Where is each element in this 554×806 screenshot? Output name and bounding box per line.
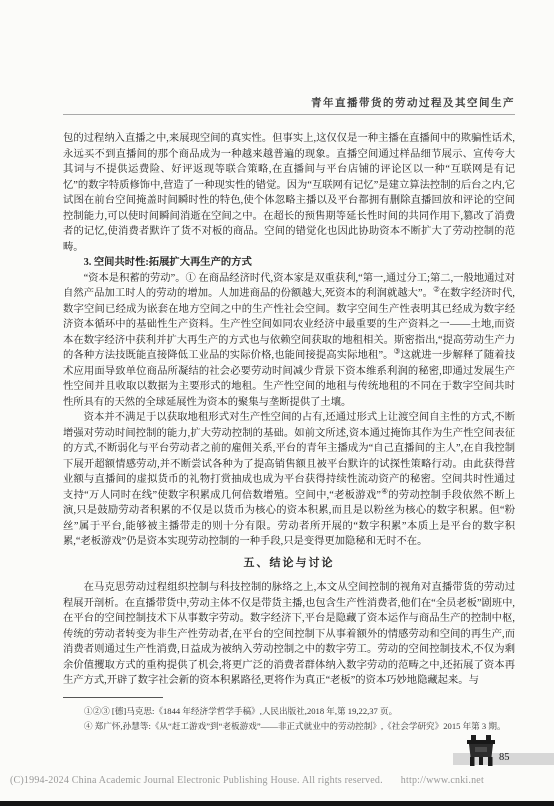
running-header-title: 青年直播带货的劳动过程及其空间生产 xyxy=(311,95,515,110)
paragraph-text: 资本并不满足于以获取地租形式对生产性空间的占有,还通过形式上让渡空间自主性的方式… xyxy=(63,412,515,501)
paragraph-2: “资本是积蓄的劳动”。① 在商品经济时代,资本家是双重获利,“第一,通过分工;第… xyxy=(63,271,515,411)
journal-page: 青年直播带货的劳动过程及其空间生产 包的过程纳入直播之中,来展现空间的真实性。但… xyxy=(0,0,554,806)
copyright-url: http://www.cnki.net xyxy=(401,775,484,786)
footnote-area: ①②③ [德]马克思:《1844 年经济学哲学手稿》,人民出版社,2018 年,… xyxy=(63,697,515,735)
bronze-ding-vessel-icon xyxy=(464,735,498,767)
paragraph-4: 在马克思劳动过程组织控制与科技控制的脉络之上,本文从空间控制的视角对直播带货的劳… xyxy=(63,580,515,689)
footnote-1: ①②③ [德]马克思:《1844 年经济学哲学手稿》,人民出版社,2018 年,… xyxy=(63,705,515,718)
paragraph-1: 包的过程纳入直播之中,来展现空间的真实性。但事实上,这仅仅是一种主播在直播间中的… xyxy=(63,131,515,255)
page-content: 包的过程纳入直播之中,来展现空间的真实性。但事实上,这仅仅是一种主播在直播间中的… xyxy=(63,131,515,689)
footnote-separator xyxy=(63,697,163,698)
bottom-border xyxy=(0,801,554,806)
subsection-heading: 3. 空间共时性:拓展扩大再生产的方式 xyxy=(63,255,515,271)
copyright-line: (C)1994-2024 China Academic Journal Elec… xyxy=(10,775,484,786)
section-heading: 五、结论与讨论 xyxy=(63,556,515,572)
header-rule xyxy=(63,114,515,115)
footnote-2: ④ 郑广怀,孙慧等:《从“赶工游戏”到“老板游戏”——非正式就业中的劳动控制》,… xyxy=(63,720,515,733)
paragraph-3: 资本并不满足于以获取地租形式对生产性空间的占有,还通过形式上让渡空间自主性的方式… xyxy=(63,410,515,550)
footnote-marker-2: ② xyxy=(433,285,440,294)
copyright-text: (C)1994-2024 China Academic Journal Elec… xyxy=(10,775,383,786)
page-number: 85 xyxy=(499,752,510,763)
